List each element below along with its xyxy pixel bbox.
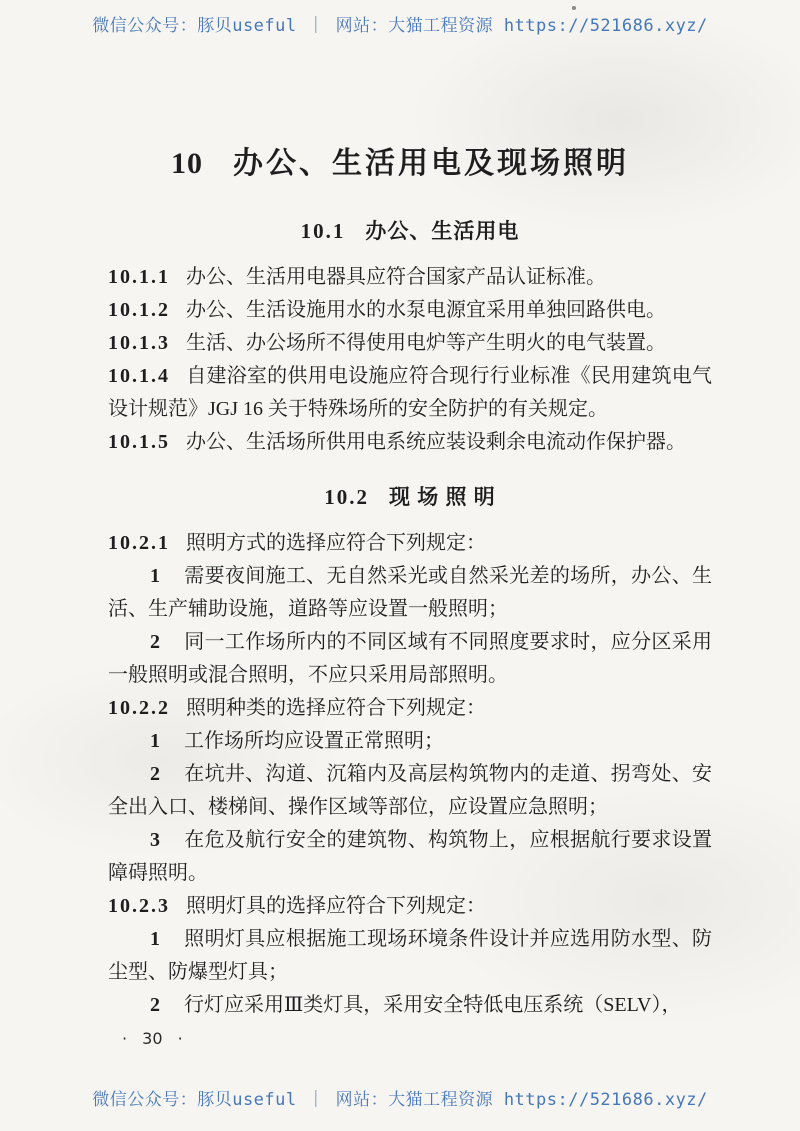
- clause-number: 10.1.2: [108, 299, 170, 321]
- clause-text: 自建浴室的供用电设施应符合现行行业标准《民用建筑电气设计规范》JGJ 16 关于…: [108, 365, 712, 420]
- clause-number: 10.2.2: [108, 697, 170, 719]
- section-title: 办公、生活用电: [365, 219, 519, 243]
- footer-watermark: 微信公众号：豚贝useful ｜ 网站：大猫工程资源 https://52168…: [0, 1089, 800, 1111]
- item-number: 1: [150, 928, 160, 950]
- chapter-title: 10办公、生活用电及现场照明: [0, 145, 800, 183]
- page-number: · 30 ·: [122, 1028, 712, 1050]
- item-text: 在坑井、沟道、沉箱内及高层构筑物内的走道、拐弯处、安全出入口、楼梯间、操作区域等…: [108, 763, 712, 818]
- item-paragraph: 1需要夜间施工、无自然采光或自然采光差的场所，办公、生活、生产辅助设施，道路等应…: [108, 560, 712, 626]
- clause-paragraph: 10.1.2办公、生活设施用水的水泵电源宜采用单独回路供电。: [108, 294, 712, 327]
- item-text: 在危及航行安全的建筑物、构筑物上，应根据航行要求设置障碍照明。: [108, 829, 712, 884]
- item-paragraph: 3在危及航行安全的建筑物、构筑物上，应根据航行要求设置障碍照明。: [108, 824, 712, 890]
- item-paragraph: 1照明灯具应根据施工现场环境条件设计并应选用防水型、防尘型、防爆型灯具；: [108, 923, 712, 989]
- scanned-document-page: 微信公众号：豚贝useful ｜ 网站：大猫工程资源 https://52168…: [0, 0, 800, 1131]
- item-paragraph: 2在坑井、沟道、沉箱内及高层构筑物内的走道、拐弯处、安全出入口、楼梯间、操作区域…: [108, 758, 712, 824]
- header-watermark: 微信公众号：豚贝useful ｜ 网站：大猫工程资源 https://52168…: [0, 0, 800, 37]
- clause-text: 办公、生活设施用水的水泵电源宜采用单独回路供电。: [186, 299, 666, 321]
- chapter-number: 10: [171, 147, 203, 180]
- clause-text: 照明方式的选择应符合下列规定：: [186, 532, 486, 554]
- section-heading: 10.1办公、生活用电: [108, 217, 712, 245]
- clause-number: 10.1.4: [108, 365, 170, 387]
- item-text: 需要夜间施工、无自然采光或自然采光差的场所，办公、生活、生产辅助设施，道路等应设…: [108, 565, 712, 620]
- item-number: 1: [150, 565, 160, 587]
- section-heading: 10.2现 场 照 明: [108, 483, 712, 511]
- item-paragraph: 2同一工作场所内的不同区域有不同照度要求时，应分区采用一般照明或混合照明，不应只…: [108, 626, 712, 692]
- item-number: 3: [150, 829, 160, 851]
- section-title: 现 场 照 明: [389, 485, 496, 509]
- clause-text: 生活、办公场所不得使用电炉等产生明火的电气装置。: [186, 332, 666, 354]
- item-number: 1: [150, 730, 160, 752]
- clause-paragraph: 10.2.3照明灯具的选择应符合下列规定：: [108, 890, 712, 923]
- item-number: 2: [150, 631, 160, 653]
- item-paragraph: 1工作场所均应设置正常照明；: [108, 725, 712, 758]
- clause-paragraph: 10.1.5办公、生活场所供用电系统应装设剩余电流动作保护器。: [108, 426, 712, 459]
- clause-paragraph: 10.1.3生活、办公场所不得使用电炉等产生明火的电气装置。: [108, 327, 712, 360]
- clause-paragraph: 10.1.4自建浴室的供用电设施应符合现行行业标准《民用建筑电气设计规范》JGJ…: [108, 360, 712, 426]
- item-text: 同一工作场所内的不同区域有不同照度要求时，应分区采用一般照明或混合照明，不应只采…: [108, 631, 712, 686]
- clause-number: 10.1.3: [108, 332, 170, 354]
- clause-text: 办公、生活用电器具应符合国家产品认证标准。: [186, 266, 606, 288]
- section-number: 10.2: [324, 485, 369, 509]
- chapter-title-text: 办公、生活用电及现场照明: [233, 147, 629, 180]
- document-body: 10.1办公、生活用电10.1.1办公、生活用电器具应符合国家产品认证标准。10…: [0, 217, 800, 1022]
- item-paragraph: 2行灯应采用Ⅲ类灯具，采用安全特低电压系统（SELV），: [108, 989, 712, 1022]
- item-number: 2: [150, 763, 160, 785]
- clause-number: 10.1.5: [108, 431, 170, 453]
- section-number: 10.1: [301, 219, 346, 243]
- item-text: 工作场所均应设置正常照明；: [184, 730, 444, 752]
- clause-number: 10.2.3: [108, 895, 170, 917]
- item-text: 行灯应采用Ⅲ类灯具，采用安全特低电压系统（SELV），: [184, 994, 681, 1016]
- clause-number: 10.1.1: [108, 266, 170, 288]
- clause-text: 照明灯具的选择应符合下列规定：: [186, 895, 486, 917]
- item-text: 照明灯具应根据施工现场环境条件设计并应选用防水型、防尘型、防爆型灯具；: [108, 928, 712, 983]
- clause-number: 10.2.1: [108, 532, 170, 554]
- item-number: 2: [150, 994, 160, 1016]
- clause-paragraph: 10.1.1办公、生活用电器具应符合国家产品认证标准。: [108, 261, 712, 294]
- clause-paragraph: 10.2.2照明种类的选择应符合下列规定：: [108, 692, 712, 725]
- clause-paragraph: 10.2.1照明方式的选择应符合下列规定：: [108, 527, 712, 560]
- clause-text: 照明种类的选择应符合下列规定：: [186, 697, 486, 719]
- scan-artifact-speck: [572, 6, 576, 10]
- clause-text: 办公、生活场所供用电系统应装设剩余电流动作保护器。: [186, 431, 686, 453]
